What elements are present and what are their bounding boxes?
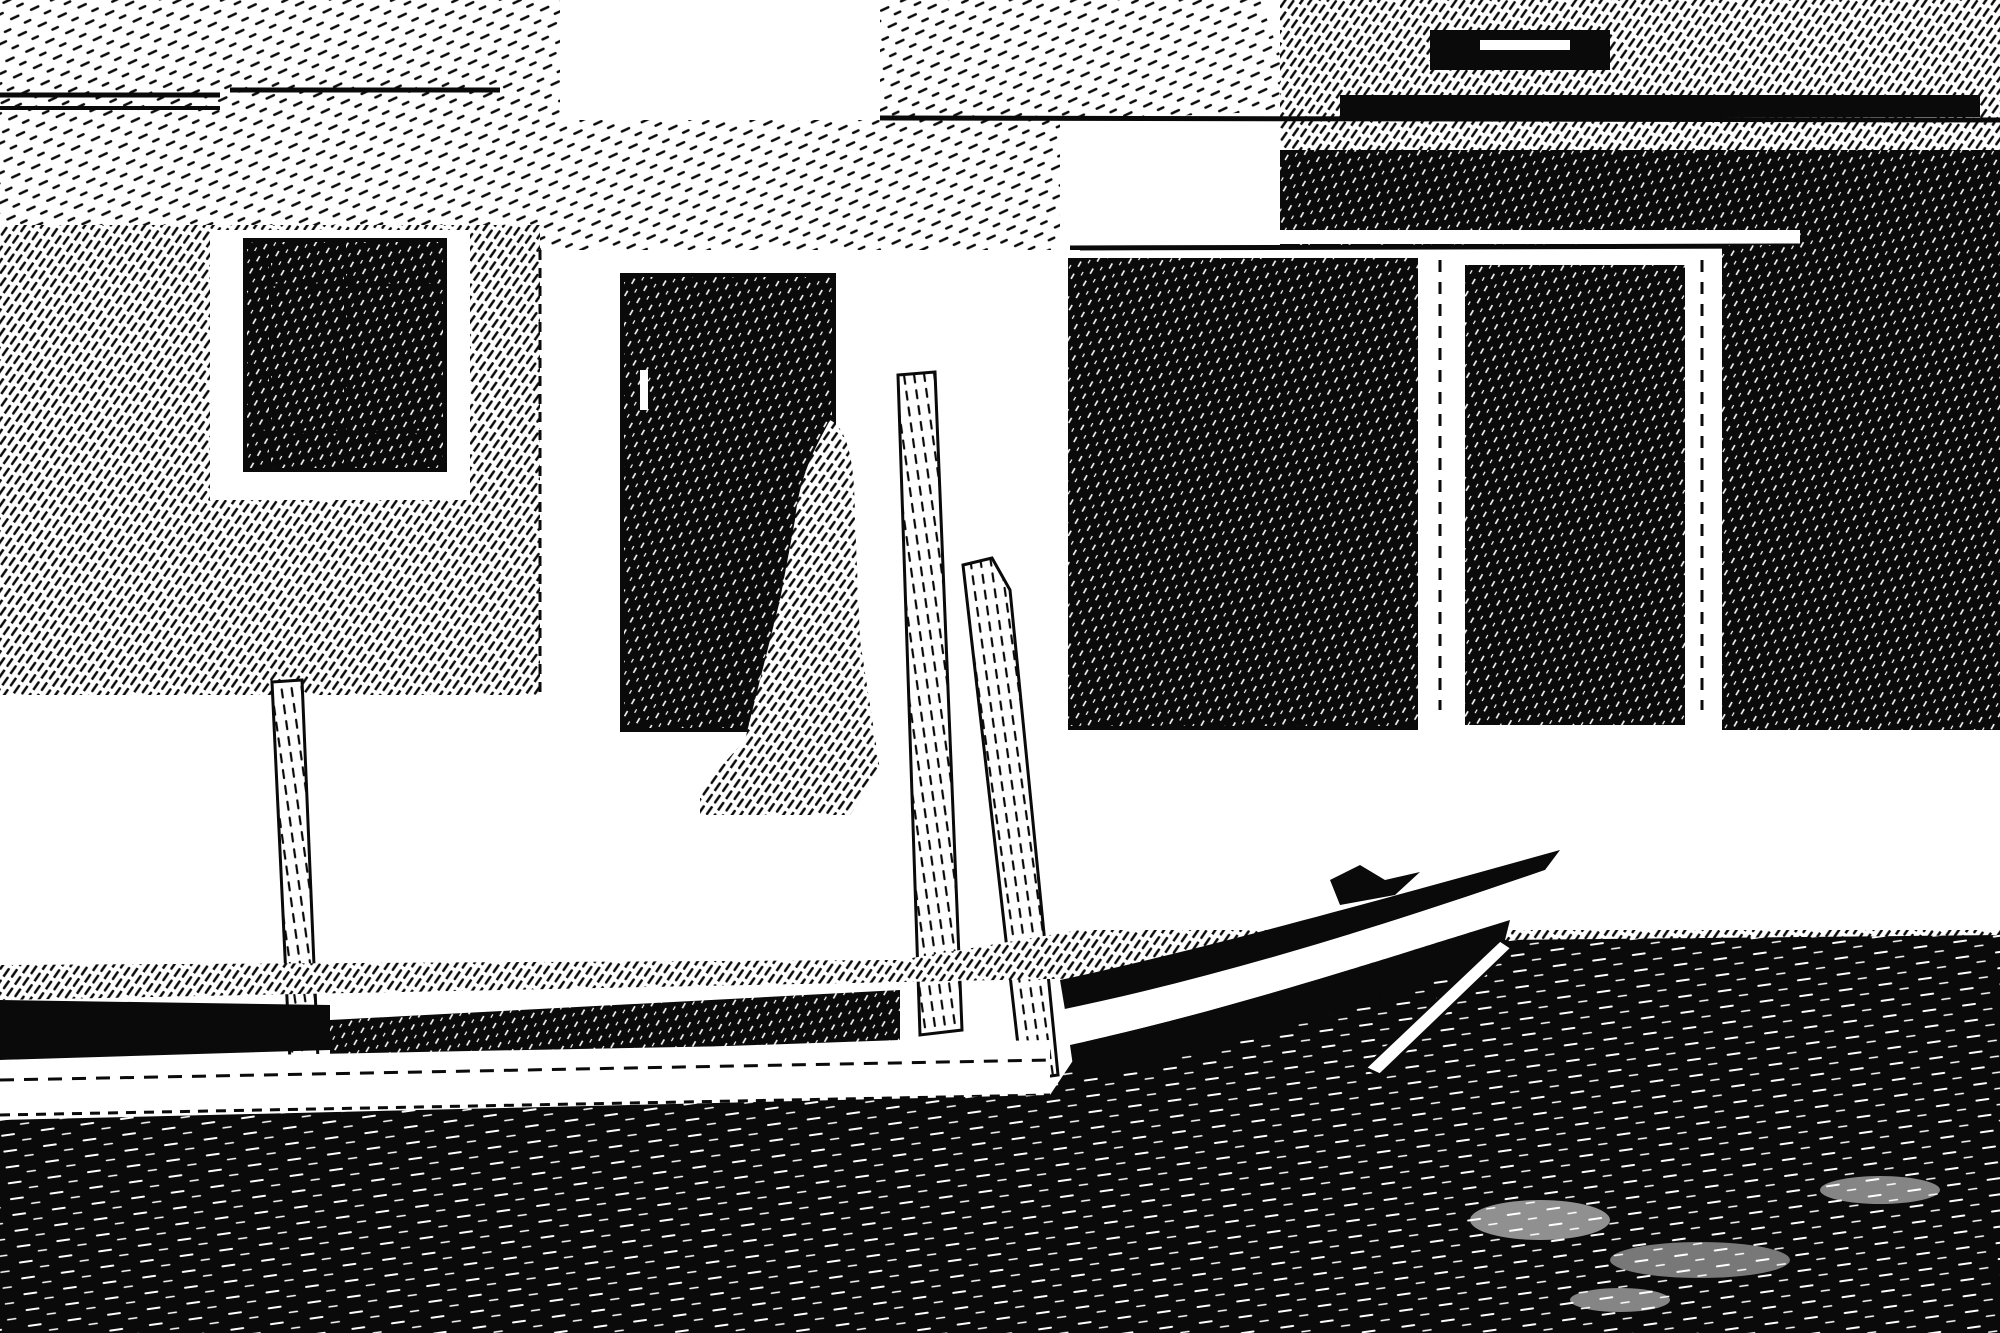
upper-left-window: [210, 230, 470, 500]
roof-eave: [1070, 230, 1800, 248]
large-window-right: [1722, 245, 2000, 730]
large-window-middle: [1465, 265, 1685, 725]
large-window-left: [1068, 258, 1418, 728]
ink-drawing: [0, 0, 2000, 1333]
